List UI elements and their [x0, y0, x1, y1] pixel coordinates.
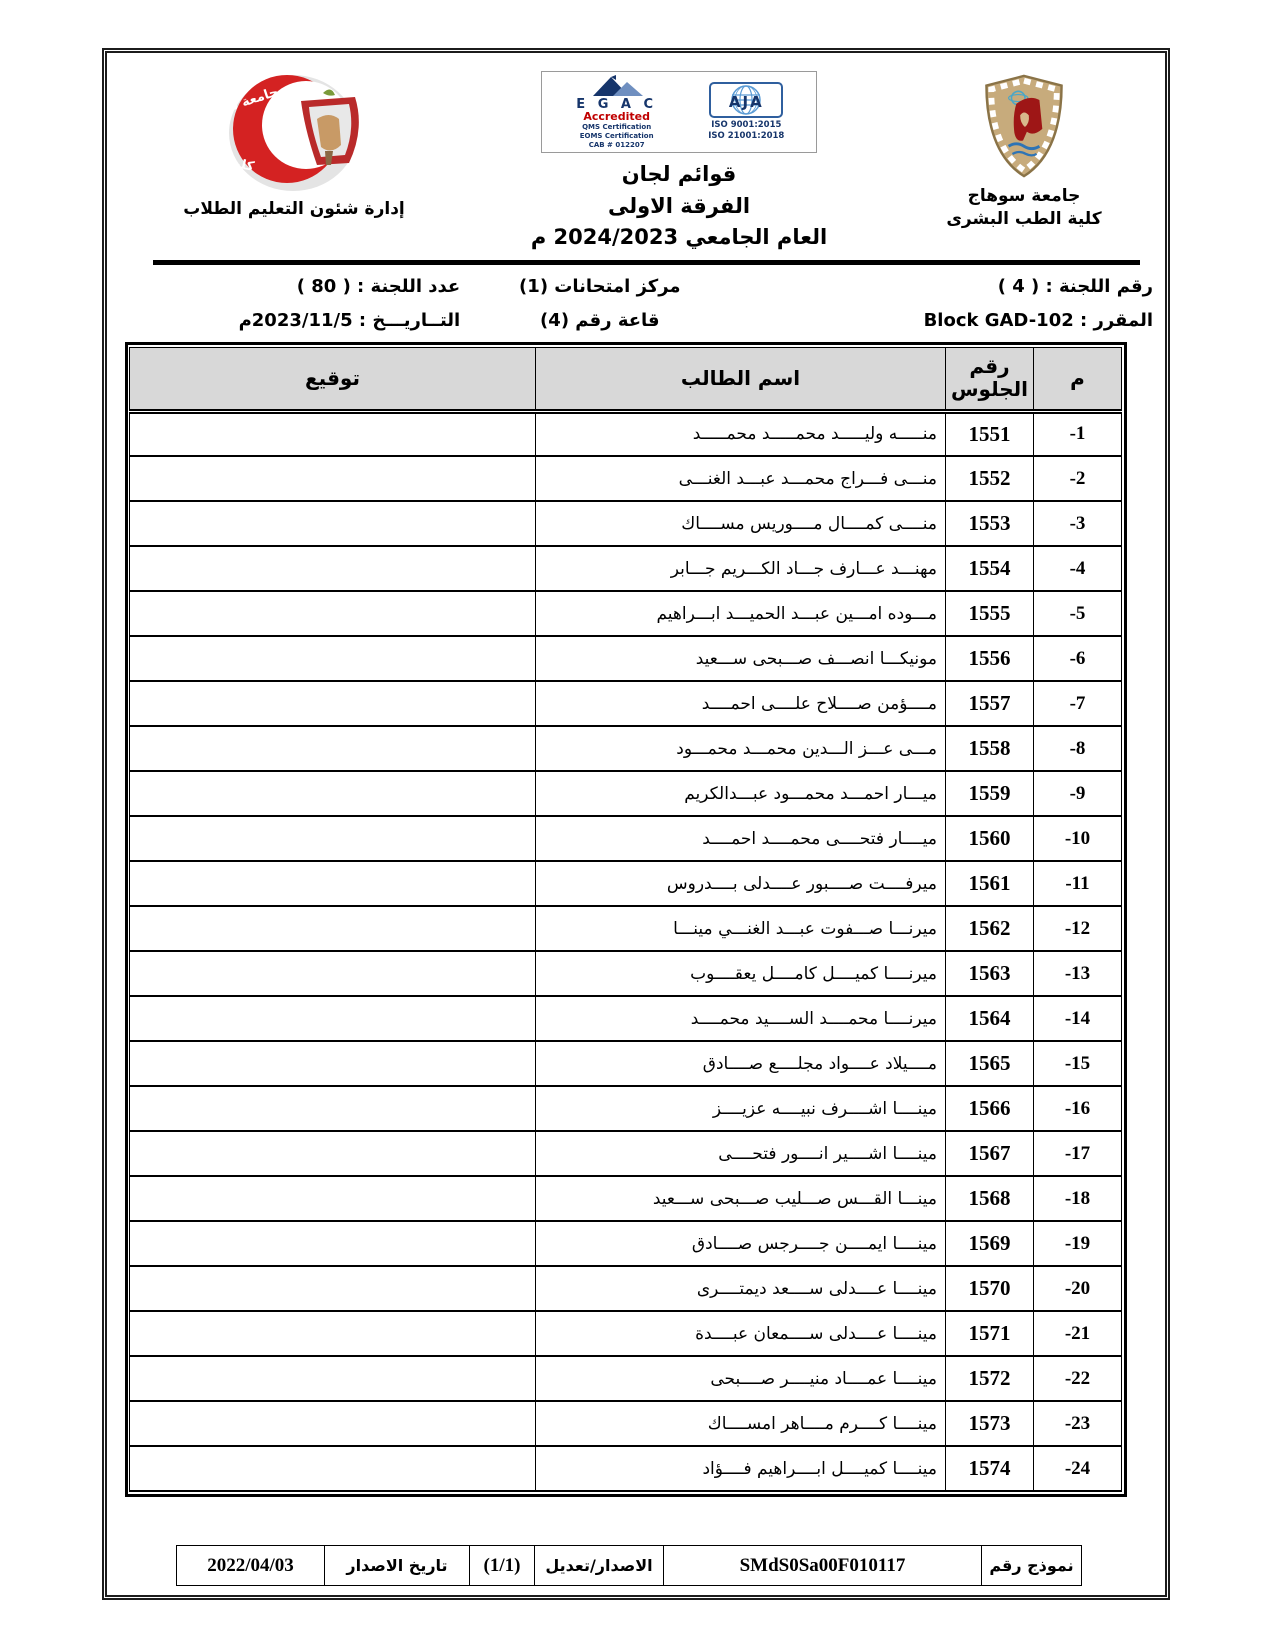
seat-number-cell: 1557 — [946, 681, 1034, 726]
student-row: -11551منـــــه وليـــــد محمـــــد محمــ… — [130, 411, 1122, 456]
student-row: -51555مـــوده امـــين عبـــد الحميـــد ا… — [130, 591, 1122, 636]
university-name: جامعة سوهاج — [899, 185, 1149, 208]
exam-date: التــاريـــخ : 2023/11/5م — [119, 305, 460, 337]
student-row: -131563ميرنــــا كميــــل كامــــل يعقــ… — [130, 951, 1122, 996]
header-separator-rule — [153, 260, 1140, 265]
student-name-cell: مينــــا كــــرم مــــاهر امســــاك — [536, 1401, 946, 1446]
student-row: -191569مينــــا ايمــــن جــــرجس صــــا… — [130, 1221, 1122, 1266]
seat-number-cell: 1562 — [946, 906, 1034, 951]
student-name-cell: مــــؤمن صــــلاح علــــى احمــــد — [536, 681, 946, 726]
student-row: -211571مينــــا عــــدلى ســــمعان عبـــ… — [130, 1311, 1122, 1356]
student-row: -71557مــــؤمن صــــلاح علــــى احمــــد — [130, 681, 1122, 726]
row-number-cell: -22 — [1034, 1356, 1122, 1401]
aja-logo: AJA ISO 9001:2015 ISO 21001:2018 — [687, 82, 805, 142]
signature-cell — [130, 906, 536, 951]
egac-cert-line: EOMS Certification — [553, 132, 681, 141]
seat-number-cell: 1559 — [946, 771, 1034, 816]
row-number-cell: -24 — [1034, 1446, 1122, 1491]
signature-cell — [130, 861, 536, 906]
course-code: المقرر : Block GAD-102 — [739, 305, 1153, 337]
row-number-cell: -5 — [1034, 591, 1122, 636]
student-row: -161566مينــــا اشــــرف نبيــــه عزيـــ… — [130, 1086, 1122, 1131]
egac-cert-line: CAB # 012207 — [553, 141, 681, 150]
student-row: -61556مونيكـــا انصـــف صـــبحى ســـعيد — [130, 636, 1122, 681]
student-name-cell: منــــى كمــــال مــــوريس مســــاك — [536, 501, 946, 546]
student-row: -201570مينــــا عــــدلى ســــعد ديمتـــ… — [130, 1266, 1122, 1311]
seat-number-cell: 1572 — [946, 1356, 1034, 1401]
row-number-cell: -8 — [1034, 726, 1122, 771]
row-number-cell: -4 — [1034, 546, 1122, 591]
col-header-student-name: اسم الطالب — [536, 347, 946, 411]
student-name-cell: مينــــا عــــدلى ســــمعان عبــــدة — [536, 1311, 946, 1356]
row-number-cell: -18 — [1034, 1176, 1122, 1221]
row-number-cell: -7 — [1034, 681, 1122, 726]
seat-number-cell: 1556 — [946, 636, 1034, 681]
signature-cell — [130, 726, 536, 771]
students-tbody: -11551منـــــه وليـــــد محمـــــد محمــ… — [130, 411, 1122, 1491]
university-header-block: جامعة سوهاج كلية الطب البشرى — [899, 67, 1149, 254]
seat-number-cell: 1570 — [946, 1266, 1034, 1311]
signature-cell — [130, 816, 536, 861]
aja-iso-line: ISO 9001:2015 — [687, 120, 805, 131]
student-row: -181568مينـــا القـــس صـــليب صـــبحى س… — [130, 1176, 1122, 1221]
seat-number-cell: 1552 — [946, 456, 1034, 501]
title-line-3: العام الجامعي 2024/2023 م — [464, 222, 894, 254]
col-header-signature: توقيع — [130, 347, 536, 411]
department-label: إدارة شئون التعليم الطلاب — [129, 199, 459, 219]
signature-cell — [130, 636, 536, 681]
col-header-seat-number: رقم الجلوس — [946, 347, 1034, 411]
student-name-cell: مينــــا عمــــاد منيــــر صــــبحى — [536, 1356, 946, 1401]
seat-number-cell: 1560 — [946, 816, 1034, 861]
signature-cell — [130, 1041, 536, 1086]
aja-globe-icon: AJA — [709, 82, 783, 118]
issue-date-value: 2022/04/03 — [177, 1546, 325, 1586]
student-row: -231573مينــــا كــــرم مــــاهر امســــ… — [130, 1401, 1122, 1446]
signature-cell — [130, 1311, 536, 1356]
issue-date-label: تاريخ الاصدار — [325, 1546, 470, 1586]
students-table: م رقم الجلوس اسم الطالب توقيع -11551منــ… — [129, 347, 1122, 1493]
seat-number-cell: 1573 — [946, 1401, 1034, 1446]
seat-number-cell: 1564 — [946, 996, 1034, 1041]
exam-info-section: رقم اللجنة : ( 4 ) مركز امتحانات (1) عدد… — [107, 269, 1165, 337]
footer-row: نموذج رقم SMdS0Sa00F010117 الاصدار/تعديل… — [177, 1546, 1082, 1586]
egac-logo: E G A C Accredited QMS Certification EOM… — [553, 74, 681, 149]
signature-cell — [130, 1221, 536, 1266]
student-row: -21552منـــى فـــراج محمـــد عبـــد الغن… — [130, 456, 1122, 501]
student-row: -141564ميرنــــا محمــــد الســــيد محمـ… — [130, 996, 1122, 1041]
signature-cell — [130, 546, 536, 591]
student-name-cell: مهنـــد عـــارف جـــاد الكـــريم جـــابر — [536, 546, 946, 591]
student-name-cell: مينــــا اشــــرف نبيــــه عزيــــز — [536, 1086, 946, 1131]
title-line-2: الفرقة الاولى — [464, 191, 894, 223]
seat-number-cell: 1555 — [946, 591, 1034, 636]
committee-count: عدد اللجنة : ( 80 ) — [119, 271, 460, 303]
signature-cell — [130, 456, 536, 501]
signature-cell — [130, 1131, 536, 1176]
student-name-cell: منـــى فـــراج محمـــد عبـــد الغنـــى — [536, 456, 946, 501]
row-number-cell: -15 — [1034, 1041, 1122, 1086]
student-row: -81558مـــى عـــز الـــدين محمـــد محمــ… — [130, 726, 1122, 771]
egac-pyramid-icon — [585, 74, 649, 98]
accreditation-box: E G A C Accredited QMS Certification EOM… — [541, 71, 817, 153]
student-name-cell: مــــيلاد عــــواد مجلــــع صــــادق — [536, 1041, 946, 1086]
signature-cell — [130, 1176, 536, 1221]
faculty-header-block: جامعة سوهاج كلية الطب إدارة شئون التعليم… — [129, 67, 459, 254]
student-name-cell: مونيكـــا انصـــف صـــبحى ســـعيد — [536, 636, 946, 681]
seat-number-cell: 1566 — [946, 1086, 1034, 1131]
student-row: -121562ميرنـــا صـــفوت عبـــد الغنـــي … — [130, 906, 1122, 951]
signature-cell — [130, 501, 536, 546]
student-name-cell: ميرفــــت صــــبور عــــدلى بــــدروس — [536, 861, 946, 906]
student-row: -111561ميرفــــت صــــبور عــــدلى بــــ… — [130, 861, 1122, 906]
row-number-cell: -11 — [1034, 861, 1122, 906]
faculty-crescent-logo-icon: جامعة سوهاج كلية الطب — [205, 67, 383, 195]
revision-value: (1/1) — [470, 1546, 535, 1586]
students-table-frame: م رقم الجلوس اسم الطالب توقيع -11551منــ… — [125, 342, 1127, 1498]
student-row: -221572مينــــا عمــــاد منيــــر صــــب… — [130, 1356, 1122, 1401]
faculty-name: كلية الطب البشرى — [899, 208, 1149, 231]
row-number-cell: -1 — [1034, 411, 1122, 456]
student-row: -91559ميـــار احمـــد محمـــود عبـــدالك… — [130, 771, 1122, 816]
student-name-cell: مينـــا القـــس صـــليب صـــبحى ســـعيد — [536, 1176, 946, 1221]
seat-number-cell: 1561 — [946, 861, 1034, 906]
student-row: -31553منــــى كمــــال مــــوريس مســــا… — [130, 501, 1122, 546]
signature-cell — [130, 1356, 536, 1401]
seat-number-cell: 1558 — [946, 726, 1034, 771]
seat-number-cell: 1574 — [946, 1446, 1034, 1491]
student-name-cell: مينــــا ايمــــن جــــرجس صــــادق — [536, 1221, 946, 1266]
signature-cell — [130, 1266, 536, 1311]
student-row: -151565مــــيلاد عــــواد مجلــــع صــــ… — [130, 1041, 1122, 1086]
document-title: قوائم لجان الفرقة الاولى العام الجامعي 2… — [464, 159, 894, 254]
row-number-cell: -21 — [1034, 1311, 1122, 1356]
seat-number-cell: 1568 — [946, 1176, 1034, 1221]
form-code: SMdS0Sa00F010117 — [664, 1546, 982, 1586]
row-number-cell: -10 — [1034, 816, 1122, 861]
seat-number-cell: 1553 — [946, 501, 1034, 546]
row-number-cell: -2 — [1034, 456, 1122, 501]
seat-number-cell: 1567 — [946, 1131, 1034, 1176]
student-name-cell: ميـــار احمـــد محمـــود عبـــدالكريم — [536, 771, 946, 816]
row-number-cell: -9 — [1034, 771, 1122, 816]
row-number-cell: -20 — [1034, 1266, 1122, 1311]
page-border-frame: جامعة سوهاج كلية الطب البشرى E G A C Acc… — [102, 48, 1170, 1600]
signature-cell — [130, 996, 536, 1041]
exam-center: مركز امتحانات (1) — [460, 271, 739, 303]
form-number-label: نموذج رقم — [982, 1546, 1082, 1586]
seat-number-cell: 1554 — [946, 546, 1034, 591]
signature-cell — [130, 1446, 536, 1491]
row-number-cell: -6 — [1034, 636, 1122, 681]
row-number-cell: -3 — [1034, 501, 1122, 546]
seat-number-cell: 1565 — [946, 1041, 1034, 1086]
hall-number: قاعة رقم (4) — [460, 305, 739, 337]
student-name-cell: مـــى عـــز الـــدين محمـــد محمـــود — [536, 726, 946, 771]
signature-cell — [130, 411, 536, 456]
row-number-cell: -12 — [1034, 906, 1122, 951]
row-number-cell: -14 — [1034, 996, 1122, 1041]
student-name-cell: ميرنــــا محمــــد الســــيد محمــــد — [536, 996, 946, 1041]
committee-number: رقم اللجنة : ( 4 ) — [739, 271, 1153, 303]
student-name-cell: منـــــه وليـــــد محمـــــد محمـــــد — [536, 411, 946, 456]
signature-cell — [130, 771, 536, 816]
student-name-cell: مينــــا كميــــل ابــــراهيم فــــؤاد — [536, 1446, 946, 1491]
page-header: جامعة سوهاج كلية الطب البشرى E G A C Acc… — [107, 53, 1165, 254]
student-row: -41554مهنـــد عـــارف جـــاد الكـــريم ج… — [130, 546, 1122, 591]
sohag-university-shield-icon — [974, 73, 1074, 179]
title-line-1: قوائم لجان — [464, 159, 894, 191]
signature-cell — [130, 1401, 536, 1446]
student-name-cell: ميرنــــا كميــــل كامــــل يعقــــوب — [536, 951, 946, 996]
seat-number-cell: 1571 — [946, 1311, 1034, 1356]
egac-accredited-label: Accredited — [553, 111, 681, 123]
revision-label: الاصدار/تعديل — [535, 1546, 664, 1586]
signature-cell — [130, 681, 536, 726]
row-number-cell: -19 — [1034, 1221, 1122, 1266]
seat-number-cell: 1563 — [946, 951, 1034, 996]
signature-cell — [130, 591, 536, 636]
aja-iso-line: ISO 21001:2018 — [687, 131, 805, 142]
student-name-cell: مينــــا عــــدلى ســــعد ديمتــــرى — [536, 1266, 946, 1311]
student-row: -171567مينــــا اشــــير انــــور فتحـــ… — [130, 1131, 1122, 1176]
signature-cell — [130, 1086, 536, 1131]
seat-number-cell: 1551 — [946, 411, 1034, 456]
student-name-cell: مـــوده امـــين عبـــد الحميـــد ابـــرا… — [536, 591, 946, 636]
aja-label: AJA — [711, 93, 781, 111]
student-name-cell: ميرنـــا صـــفوت عبـــد الغنـــي مينـــا — [536, 906, 946, 951]
egac-cert-line: QMS Certification — [553, 123, 681, 132]
student-row: -101560ميــــار فتحــــى محمــــد احمـــ… — [130, 816, 1122, 861]
row-number-cell: -17 — [1034, 1131, 1122, 1176]
table-header-row: م رقم الجلوس اسم الطالب توقيع — [130, 347, 1122, 411]
row-number-cell: -13 — [1034, 951, 1122, 996]
student-name-cell: ميــــار فتحــــى محمــــد احمــــد — [536, 816, 946, 861]
form-footer: نموذج رقم SMdS0Sa00F010117 الاصدار/تعديل… — [176, 1545, 1082, 1586]
signature-cell — [130, 951, 536, 996]
col-header-index: م — [1034, 347, 1122, 411]
row-number-cell: -16 — [1034, 1086, 1122, 1131]
title-header-block: E G A C Accredited QMS Certification EOM… — [464, 67, 894, 254]
student-row: -241574مينــــا كميــــل ابــــراهيم فــ… — [130, 1446, 1122, 1491]
row-number-cell: -23 — [1034, 1401, 1122, 1446]
seat-number-cell: 1569 — [946, 1221, 1034, 1266]
student-name-cell: مينــــا اشــــير انــــور فتحــــى — [536, 1131, 946, 1176]
